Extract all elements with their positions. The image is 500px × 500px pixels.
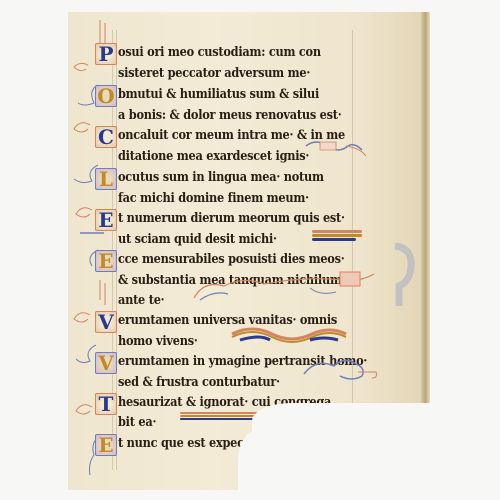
- line-filler-dragon-right: [300, 138, 370, 174]
- illuminated-initial: V: [95, 311, 117, 333]
- text-line: osui ori meo custodiam: cum con: [118, 45, 321, 60]
- text-line: bmutui & humiliatus sum & silui: [118, 87, 319, 102]
- text-line: sisteret peccator adversum me·: [118, 66, 310, 81]
- illuminated-initial: P: [95, 43, 117, 65]
- line-filler-bar-gold: [312, 234, 362, 237]
- illuminated-initial: E: [95, 434, 117, 456]
- line-filler-serpent: [230, 322, 350, 344]
- text-line: t numerum dierum meorum quis est·: [118, 211, 345, 226]
- illuminated-initial: T: [95, 393, 117, 415]
- illuminated-initial: O: [95, 85, 117, 107]
- line-filler-dragon-long: [190, 262, 380, 310]
- illuminated-initial: V: [95, 352, 117, 374]
- grotesque-head-right-margin: [300, 350, 380, 386]
- torn-corner-inner: [238, 430, 278, 500]
- text-line: fac michi domine finem meum·: [118, 191, 309, 206]
- line-filler-bar-red: [312, 230, 362, 233]
- text-line: ante te·: [118, 293, 164, 308]
- illuminated-initial: E: [95, 209, 117, 231]
- illuminated-initial: L: [95, 168, 117, 190]
- text-line: t nunc que est expecta: [118, 436, 256, 451]
- text-line: ocutus sum in lingua mea· notum: [118, 170, 324, 185]
- illuminated-initial: E: [95, 250, 117, 272]
- text-line: sed & frustra conturbatur·: [118, 375, 280, 390]
- torn-corner: [252, 403, 452, 500]
- offset-ghost-image: [375, 240, 415, 310]
- text-line: homo vivens·: [118, 334, 198, 349]
- text-line: ditatione mea exardescet ignis·: [118, 149, 309, 164]
- line-filler-bar-blue: [312, 238, 356, 241]
- text-line: a bonis: & dolor meus renovatus est·: [118, 108, 341, 123]
- text-line: ut sciam quid desit michi·: [118, 232, 277, 247]
- leaf-edge-fold: [421, 12, 430, 432]
- illuminated-initial: C: [95, 126, 117, 148]
- text-line: bit ea·: [118, 415, 156, 430]
